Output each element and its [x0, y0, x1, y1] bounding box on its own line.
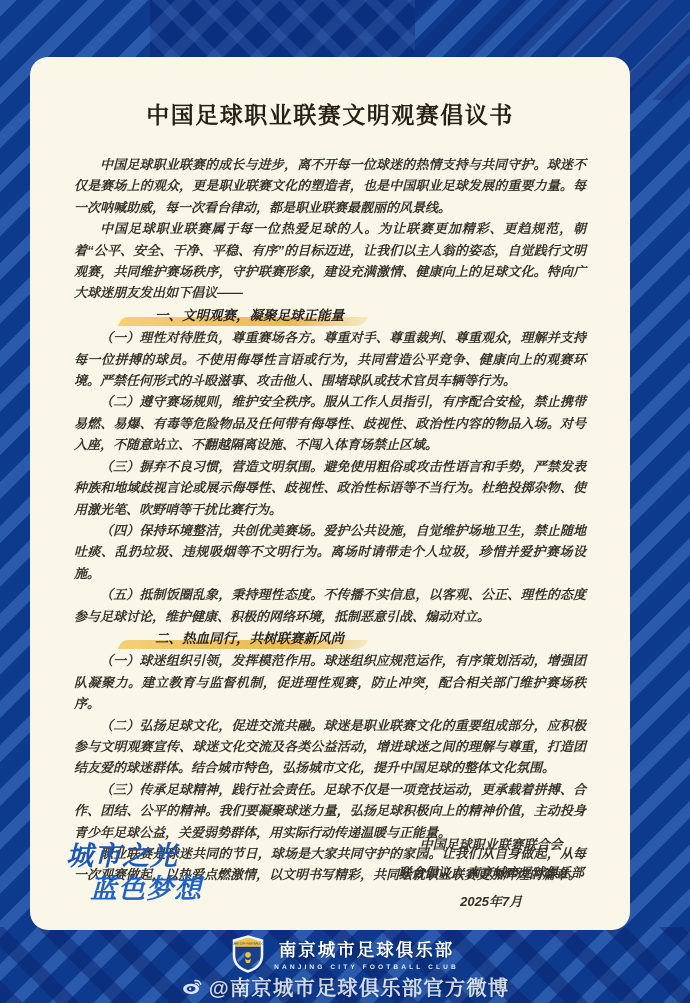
watermark-text: @南京城市足球俱乐部官方微博 — [209, 971, 510, 1001]
signature-org: 中国足球职业联赛联合会 — [398, 831, 584, 860]
club-name-en: NANJING CITY FOOTBALL CLUB — [274, 964, 459, 971]
club-slogan: 城市之光 蓝色梦想 — [66, 841, 202, 904]
document-body: 中国足球职业联赛的成长与进步，离不开每一位球迷的热情支持与共同守护。球迷不仅是赛… — [74, 154, 586, 886]
club-badge-icon: NANJING CITY FOOTBALL CLUB — [231, 934, 265, 974]
section-2-item: （一）球迷组织引领，发挥模范作用。球迷组织应规范运作，有序策划活动，增强团队凝聚… — [74, 650, 586, 714]
section-1-heading: 一、文明观赛，凝聚足球正能量 — [74, 305, 586, 326]
weibo-icon — [181, 975, 203, 997]
slogan-line-1: 城市之光 — [66, 841, 178, 871]
weibo-watermark: @南京城市足球俱乐部官方微博 — [181, 971, 510, 1001]
footer: NANJING CITY FOOTBALL CLUB 南京城市足球俱乐部 NAN… — [0, 930, 690, 1003]
intro-paragraph: 中国足球职业联赛属于每一位热爱足球的人。为让联赛更加精彩、更趋规范，朝着“公平、… — [74, 218, 586, 304]
document-card: 中国足球职业联赛文明观赛倡议书 中国足球职业联赛的成长与进步，离不开每一位球迷的… — [30, 57, 630, 930]
badge-text: NANJING CITY FOOTBALL CLUB — [231, 941, 265, 945]
section-1-item: （二）遵守赛场规则，维护安全秩序。服从工作人员指引，有序配合安检，禁止携带易燃、… — [74, 391, 586, 455]
club-names: 南京城市足球俱乐部 NANJING CITY FOOTBALL CLUB — [274, 937, 459, 971]
signature-date: 2025年7月 — [398, 888, 584, 917]
section-1-heading-text: 一、文明观赛，凝聚足球正能量 — [128, 305, 344, 326]
club-name-cn: 南京城市足球俱乐部 — [279, 937, 455, 962]
section-2-item: （二）弘扬足球文化，促进交流共融。球迷是职业联赛文化的重要组成部分，应积极参与文… — [74, 715, 586, 779]
section-1-item: （五）抵制饭圈乱象，秉持理性态度。不传播不实信息，以客观、公正、理性的态度参与足… — [74, 584, 586, 627]
slogan-line-2: 蓝色梦想 — [66, 874, 202, 904]
section-1-item: （四）保持环境整洁，共创优美赛场。爱护公共设施，自觉维护场地卫生，禁止随地吐痰、… — [74, 520, 586, 584]
section-2-heading-text: 二、热血同行，共树联赛新风尚 — [128, 628, 344, 649]
club-identity-row: NANJING CITY FOOTBALL CLUB 南京城市足球俱乐部 NAN… — [231, 935, 459, 973]
section-1-item: （一）理性对待胜负，尊重赛场各方。尊重对手、尊重裁判、尊重观众，理解并支持每一位… — [74, 327, 586, 391]
section-2-heading: 二、热血同行，共树联赛新风尚 — [74, 628, 586, 649]
intro-paragraph: 中国足球职业联赛的成长与进步，离不开每一位球迷的热情支持与共同守护。球迷不仅是赛… — [74, 154, 586, 218]
section-1-item: （三）摒弃不良习惯，营造文明氛围。避免使用粗俗或攻击性语言和手势，严禁发表种族和… — [74, 456, 586, 520]
document-title: 中国足球职业联赛文明观赛倡议书 — [74, 97, 586, 130]
signature-block: 中国足球职业联赛联合会 联合倡议人 南京城市足球俱乐部 2025年7月 — [398, 831, 584, 917]
signature-proposer: 联合倡议人 南京城市足球俱乐部 — [398, 859, 584, 888]
